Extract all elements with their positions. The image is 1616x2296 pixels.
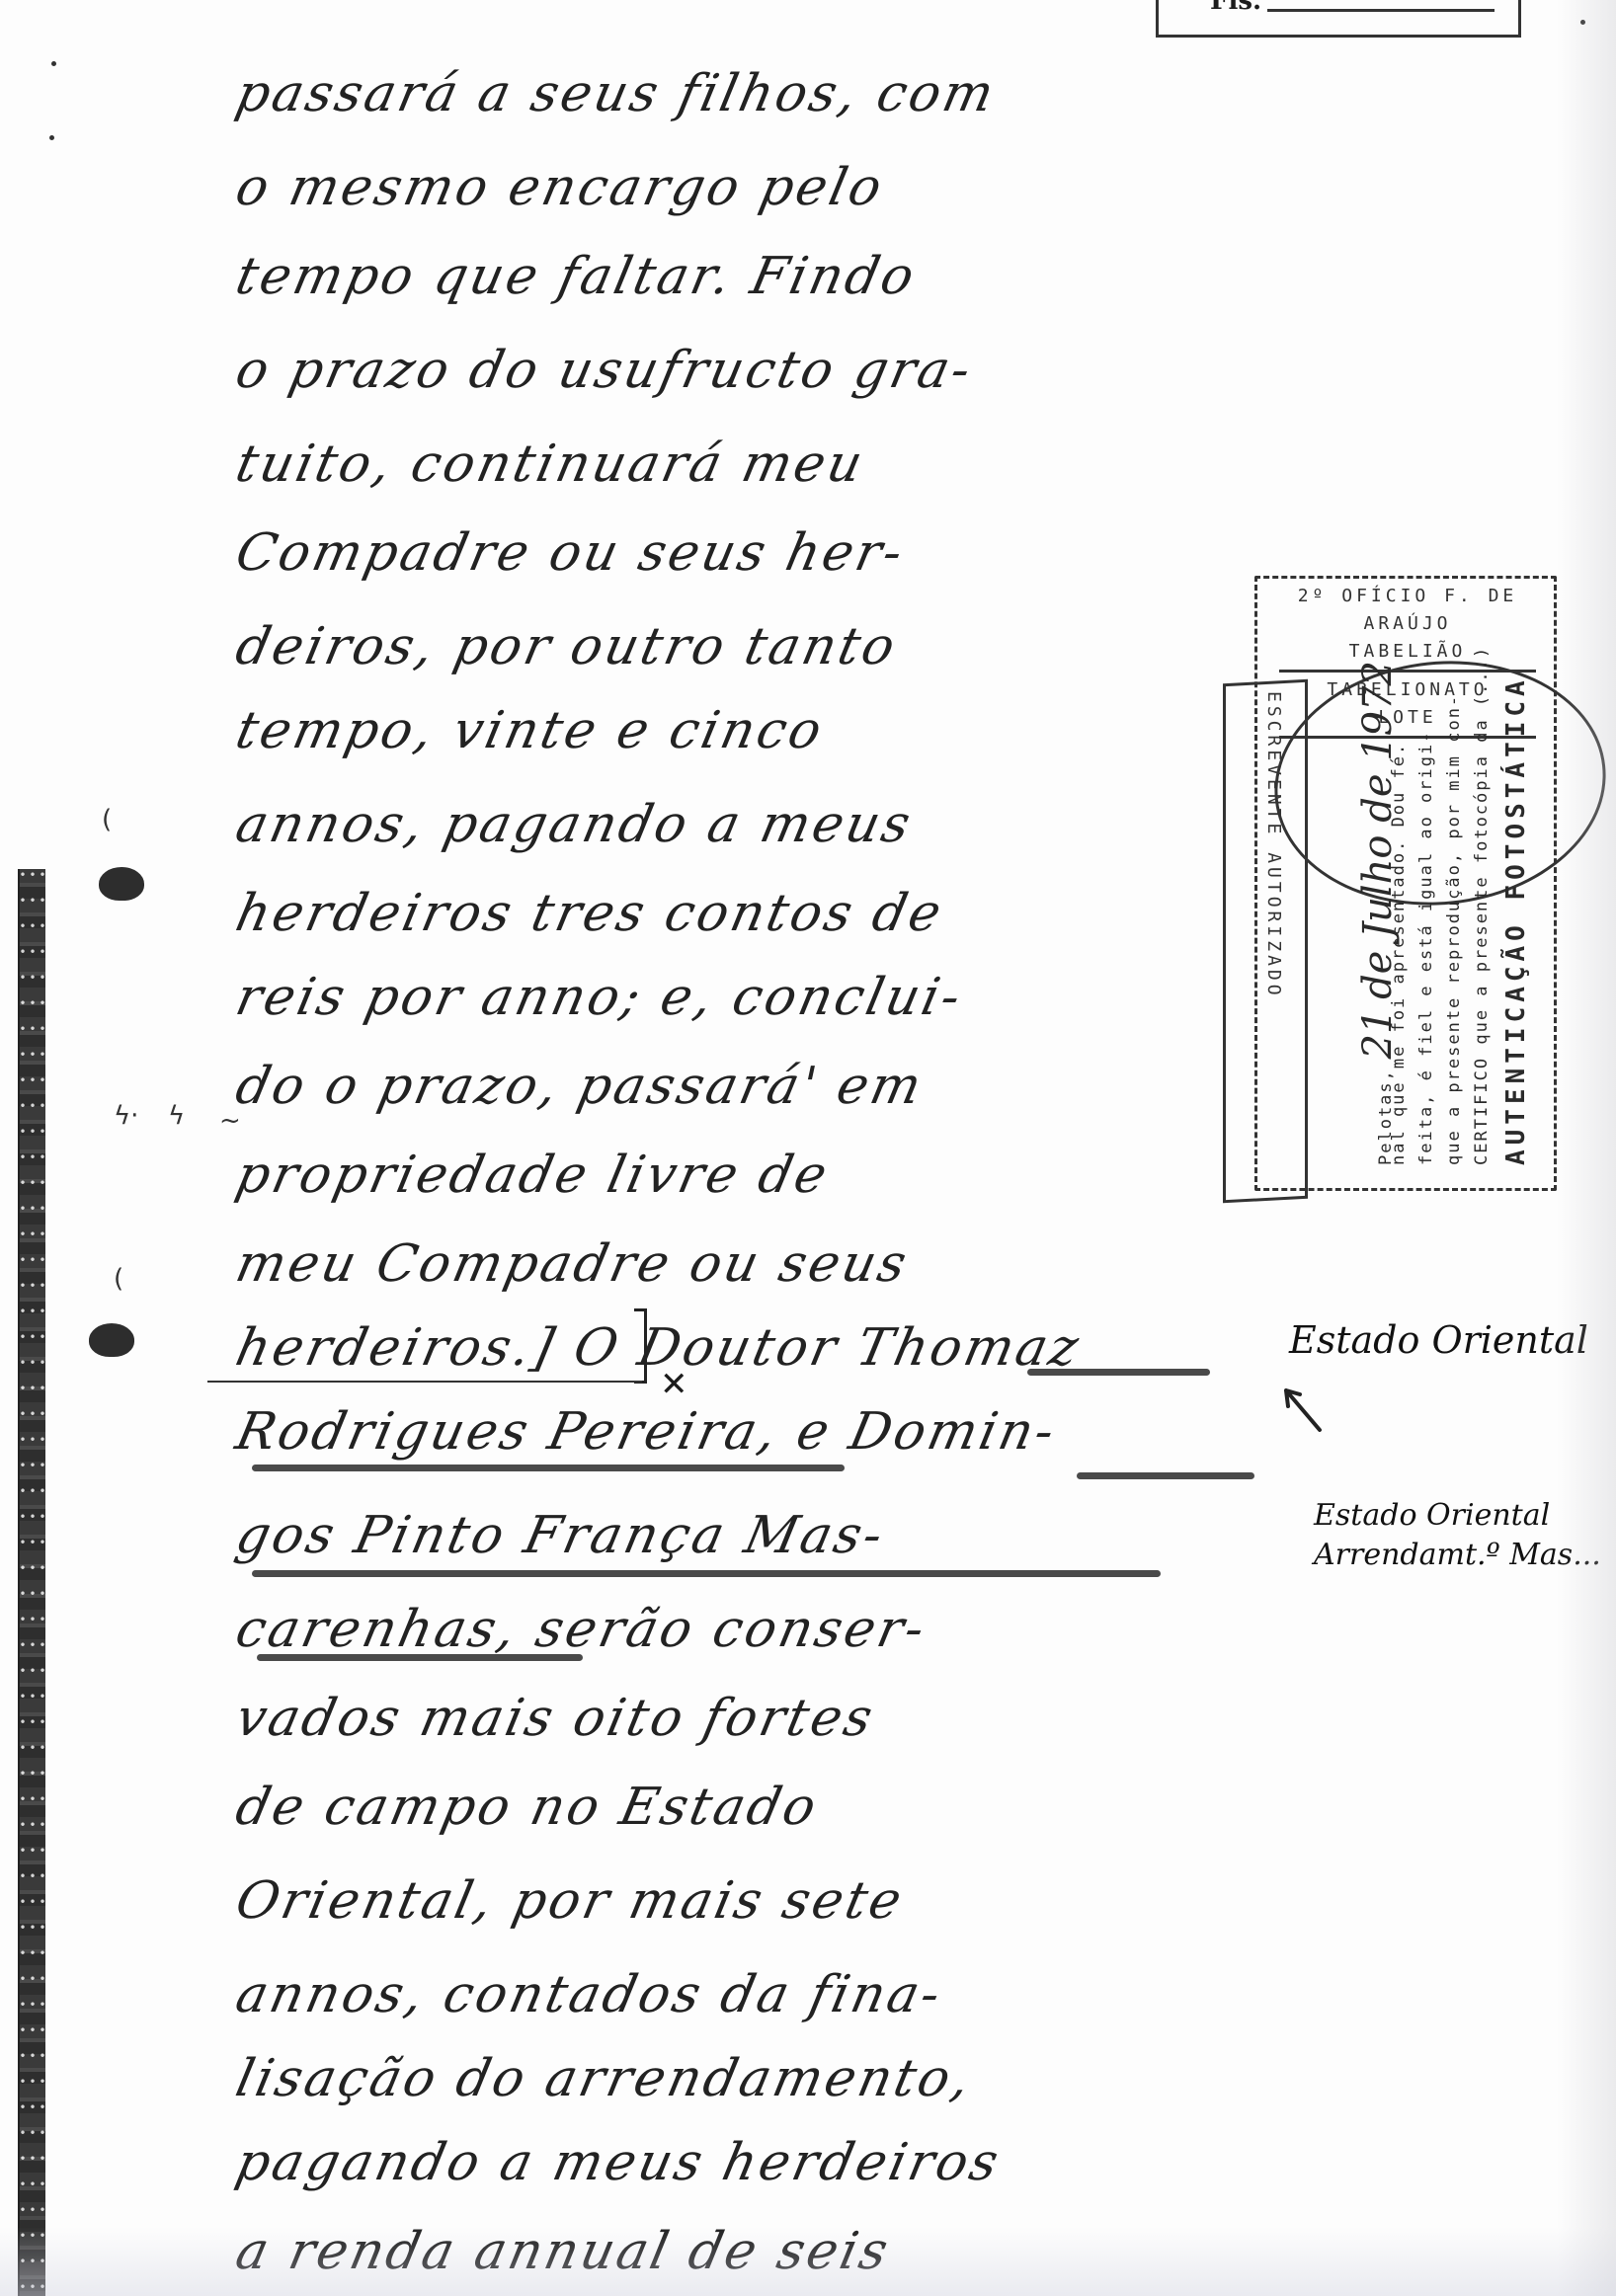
text-line: deiros, por outro tanto [231,617,903,676]
text-line: tempo, vinte e cinco [231,701,830,760]
text-line: herdeiros.] O Doutor Thomaz [231,1318,1087,1378]
text-line: tuito, continuará meu [231,435,870,494]
underline-rodrigues-pereira [252,1465,845,1471]
margin-note-estado-oriental: Estado Oriental [1289,1318,1588,1362]
x-mark: ✕ [660,1365,688,1404]
authorized-clerk-label: ESCREVENTE AUTORIZADO [1263,691,1284,999]
underline-pinto-franca [252,1570,1161,1577]
underline-domingos [1077,1472,1254,1479]
text-line: Oriental, por mais sete [231,1871,910,1931]
stamp-body-line: que a presente reprodução, por mim con- [1444,694,1464,1165]
margin-mark: ( [102,805,112,834]
stamp-title: AUTENTICAÇÃO FOTOSTÁTICA [1501,675,1531,1165]
text-line: meu Compadre ou seus [231,1234,915,1294]
stamp-body-line: CERTIFICO que a presente fotocópia da (.… [1472,646,1492,1165]
left-rule [207,1381,642,1383]
text-line: herdeiros tres contos de [231,884,949,943]
text-line: reis por anno; e, conclui- [231,968,969,1027]
scanned-page: ϟ· ϟ ~ ( ( Fls. ~~~~~ passará a seus fil… [0,0,1616,2296]
text-line: lisação do arrendamento, [231,2049,978,2108]
stamp-place: Pelotas, [1376,1069,1396,1165]
margin-mark: ϟ· [114,1101,138,1131]
scan-shadow-right [1557,0,1616,2296]
stamp-month-year: de Julho de 1972 [1355,661,1401,999]
text-line: tempo que faltar. Findo [231,247,923,306]
text-line: passará a seus filhos, com [231,64,1002,123]
underline-mascarenhas [257,1654,583,1661]
text-line: o prazo do usufructo gra- [231,341,979,400]
speck [51,61,56,66]
stamp-place-date: Pelotas, 21 de Julho de 1972 [1355,661,1401,1165]
text-line: do o prazo, passará' em [231,1057,929,1116]
text-line: de campo no Estado [231,1778,824,1837]
punch-hole-top [99,867,144,901]
bracket-mark [634,1308,647,1384]
text-line: o mesmo encargo pelo [231,158,890,217]
text-line: Compadre ou seus her- [231,523,911,583]
arrow-icon [1280,1383,1330,1432]
binding-strip [18,869,45,2296]
folio-label: Fls. [1210,0,1261,16]
stamp-day: 21 [1355,1009,1401,1060]
text-line: annos, contados da fina- [231,1965,948,2024]
text-line: annos, pagando a meus [231,795,919,854]
underline-thomaz [1027,1369,1210,1376]
text-line: gos Pinto França Mas- [231,1506,891,1565]
scan-shadow-bottom [0,2227,1616,2296]
margin-mark: ϟ [168,1101,185,1131]
stamp-header-line: 2º OFÍCIO F. DE ARAÚJO [1269,583,1546,638]
folio-number: ~~~~~ [1267,0,1495,12]
text-line: carenhas, serão conser- [231,1600,932,1659]
margin-mark: ( [114,1264,123,1294]
punch-hole-bottom [89,1323,134,1357]
text-line: propriedade livre de [231,1146,836,1205]
folio-box: Fls. ~~~~~ [1156,0,1521,38]
text-line: vados mais oito fortes [231,1689,881,1748]
stamp-body-line: feita, é fiel e está igual ao origi- [1416,731,1436,1165]
text-line: Rodrigues Pereira, e Domin- [231,1402,1063,1462]
speck [49,135,54,140]
stamp-header-line: TABELIÃO [1269,638,1546,666]
text-line: pagando a meus herdeiros [231,2133,1007,2192]
